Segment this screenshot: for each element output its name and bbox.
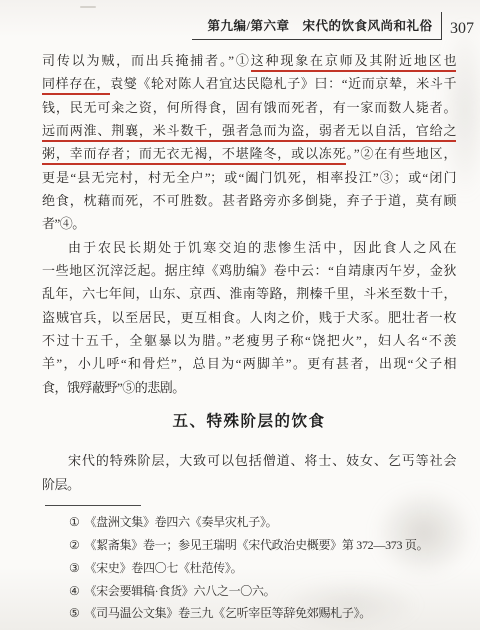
text-line: 者”④。 — [42, 212, 456, 235]
red-underline-annotation: 粥，幸而存者；而无衣无褐，不堪隆冬，或以冻死 — [42, 146, 346, 165]
text-line: 一些地区沉滓泛起。据庄绰《鸡肋编》卷中云：“自靖康丙午岁，金狄 — [42, 259, 456, 282]
text-segment: 者”④。 — [42, 216, 85, 231]
text-line: 盗贼官兵，以至居民，更互相食。人肉之价，贱于犬豕。肥壮者一枚 — [42, 306, 456, 329]
page-number: 307 — [442, 20, 476, 40]
text-line: 绝食，枕藉而死，不可胜数。甚者路旁亦多倒毙，弃子于道，莫有顾 — [42, 189, 456, 212]
text-segment: 由于农民长期处于饥寒交迫的悲惨生活中，因此食人之风在 — [68, 240, 456, 255]
footnote-item: ⑤《司马温公文集》卷三九《乞听宰臣等辞免郊赐札子》。 — [42, 602, 456, 625]
paragraph-famine-deaths: 司传以为贼，而出兵掩捕者。”①这种现象在京师及其附近地区也同样存在，袁燮《轮对陈… — [42, 49, 456, 236]
running-header: 第九编/第六章 宋代的饮食风尚和礼俗 307 — [192, 12, 476, 40]
footnote-item: ④《宋会要辑稿·食货》六八之一〇六。 — [42, 580, 456, 603]
footnote-separator-rule — [45, 505, 141, 506]
text-line: 钱，民无可籴之资，何所得食，固有饿而死者，有一家而数人毙者。 — [42, 96, 456, 119]
footnote-marker: ⑤ — [69, 606, 79, 620]
red-underline-annotation: 远而两淮、荆襄，米斗数千，强者急而为盗，弱者无以自活，官给之 — [42, 123, 456, 142]
text-line: 乱年，六七年间，山东、京西、淮南等路，荆榛千里，斗米至数十千， — [42, 282, 456, 305]
paragraph-special-classes: 宋代的特殊阶层，大致可以包括僧道、将士、妓女、乞丐等社会阶层。 — [42, 449, 456, 496]
text-segment: 绝食，枕藉而死，不可胜数。甚者路旁亦多倒毙，弃子于道，莫有顾 — [42, 193, 456, 208]
text-line: 羊”，小儿呼“和骨烂”，总目为“两脚羊”。更有甚者，出现“父子相 — [42, 352, 456, 375]
text-segment: 宋代的特殊阶层，大致可以包括僧道、将士、妓女、乞丐等社会 — [68, 453, 456, 468]
footnote-marker: ④ — [69, 584, 79, 598]
footnote-text: 《盘洲文集》卷四六《奏旱灾札子》。 — [84, 515, 277, 529]
footnote-list: ①《盘洲文集》卷四六《奏旱灾札子》。②《絜斋集》卷一；参见王瑞明《宋代政治史概要… — [42, 511, 456, 625]
text-segment: 。”②在有些地区， — [346, 146, 456, 161]
paragraph-cannibalism: 由于农民长期处于饥寒交迫的悲惨生活中，因此食人之风在一些地区沉滓泛起。据庄绰《鸡… — [42, 236, 456, 399]
footnote-area: ①《盘洲文集》卷四六《奏旱灾札子》。②《絜斋集》卷一；参见王瑞明《宋代政治史概要… — [42, 505, 456, 625]
text-line: 食，饿殍蔽野”⑤的悲剧。 — [42, 376, 456, 399]
text-line: 粥，幸而存者；而无衣无褐，不堪隆冬，或以冻死。”②在有些地区， — [42, 142, 456, 165]
text-segment: 食，饿殍蔽野”⑤的悲剧。 — [42, 380, 185, 395]
text-line: 阶层。 — [42, 473, 456, 496]
text-segment: 阶层。 — [42, 477, 80, 492]
footnote-marker: ② — [69, 538, 79, 552]
scan-scratch-artifact — [80, 6, 96, 8]
text-line: 更是“县无完村，村无全户”；或“阖门饥死，相率投江”③；或“闭门 — [42, 166, 456, 189]
text-line: 远而两淮、荆襄，米斗数千，强者急而为盗，弱者无以自活，官给之 — [42, 119, 456, 142]
page-body: 司传以为贼，而出兵掩捕者。”①这种现象在京师及其附近地区也同样存在，袁燮《轮对陈… — [42, 49, 456, 496]
footnote-text: 《宋史》卷四〇七《杜范传》。 — [84, 561, 242, 575]
footnote-item: ①《盘洲文集》卷四六《奏旱灾札子》。 — [42, 511, 456, 534]
footnote-text: 《宋会要辑稿·食货》六八之一〇六。 — [84, 584, 275, 598]
red-underline-annotation: 同样存在， — [42, 76, 110, 95]
text-segment: 司传以为贼，而出兵掩捕者。”① — [42, 53, 251, 68]
footnote-text: 《司马温公文集》卷三九《乞听宰臣等辞免郊赐札子》。 — [84, 606, 371, 620]
text-segment: 一些地区沉滓泛起。据庄绰《鸡肋编》卷中云：“自靖康丙午岁，金狄 — [42, 263, 456, 278]
book-page-scan: 第九编/第六章 宋代的饮食风尚和礼俗 307 司传以为贼，而出兵掩捕者。”①这种… — [0, 0, 480, 630]
footnote-item: ③《宋史》卷四〇七《杜范传》。 — [42, 557, 456, 580]
footnote-item: ②《絜斋集》卷一；参见王瑞明《宋代政治史概要》第 372—373 页。 — [42, 534, 456, 557]
red-underline-annotation: 这种现象在京师及其附近地区也 — [251, 53, 456, 72]
footnote-marker: ① — [69, 515, 79, 529]
text-segment: 羊”，小儿呼“和骨烂”，总目为“两脚羊”。更有甚者，出现“父子相 — [42, 356, 456, 371]
text-segment: 更是“县无完村，村无全户”；或“阖门饥死，相率投江”③；或“闭门 — [42, 170, 456, 185]
text-segment: 袁燮《轮对陈人君宜达民隐札子》曰：“近而京辇，米斗千 — [110, 76, 456, 91]
text-line: 宋代的特殊阶层，大致可以包括僧道、将士、妓女、乞丐等社会 — [42, 449, 456, 472]
text-segment: 乱年，六七年间，山东、京西、淮南等路，荆榛千里，斗米至数十千， — [42, 286, 456, 301]
text-line: 不过十五千，全躯暴以为腊。”老瘦男子称“饶把火”，妇人名“不羡 — [42, 329, 456, 352]
footnote-text: 《絜斋集》卷一；参见王瑞明《宋代政治史概要》第 372—373 页。 — [84, 538, 428, 552]
running-head-chapter-title: 第九编/第六章 宋代的饮食风尚和礼俗 — [192, 19, 441, 40]
text-segment: 不过十五千，全躯暴以为腊。”老瘦男子称“饶把火”，妇人名“不羡 — [42, 333, 456, 348]
section-heading: 五、特殊阶层的饮食 — [42, 410, 456, 434]
text-segment: 钱，民无可籴之资，何所得食，固有饿而死者，有一家而数人毙者。 — [42, 100, 456, 115]
text-line: 司传以为贼，而出兵掩捕者。”①这种现象在京师及其附近地区也 — [42, 49, 456, 72]
text-line: 由于农民长期处于饥寒交迫的悲惨生活中，因此食人之风在 — [42, 236, 456, 259]
footnote-marker: ③ — [69, 561, 79, 575]
text-line: 同样存在，袁燮《轮对陈人君宜达民隐札子》曰：“近而京辇，米斗千 — [42, 72, 456, 95]
text-segment: 盗贼官兵，以至居民，更互相食。人肉之价，贱于犬豕。肥壮者一枚 — [42, 310, 456, 325]
